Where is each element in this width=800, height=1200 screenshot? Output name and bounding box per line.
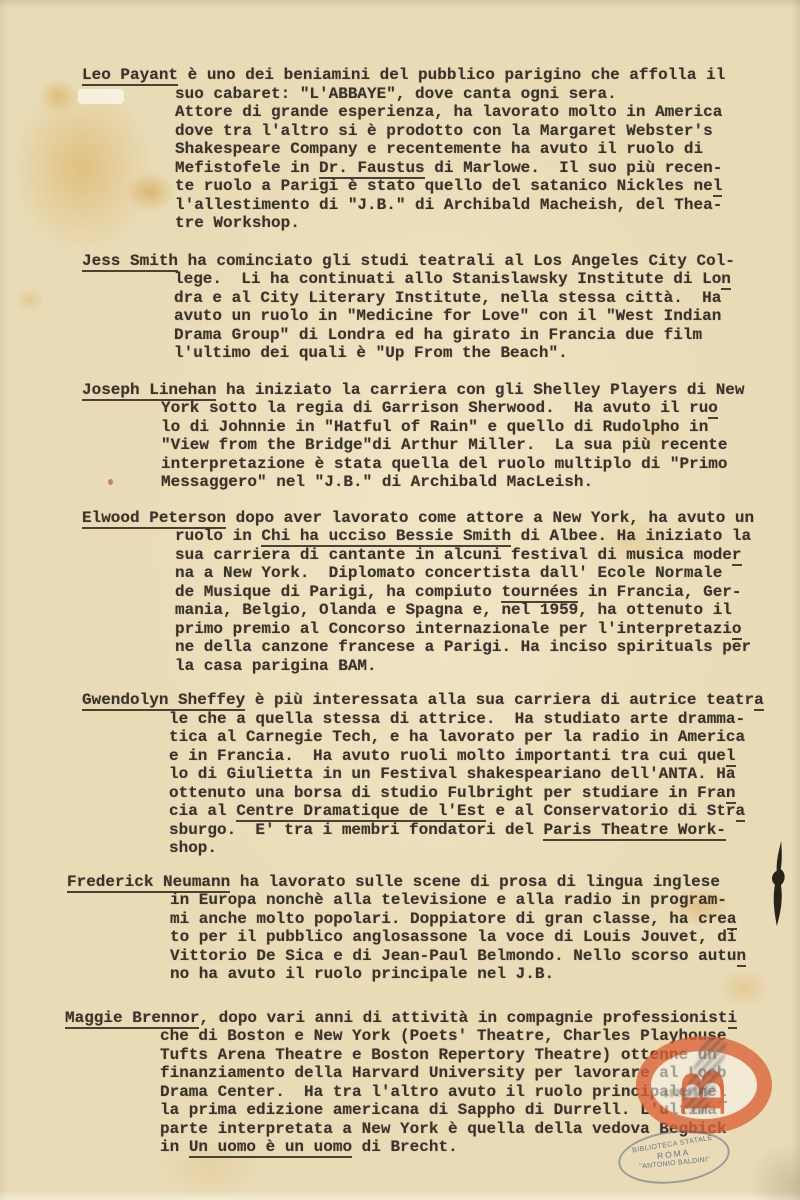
text-segment: ottenuto una borsa di studio Fulbright p… xyxy=(169,784,726,802)
text-line: Jess Smith ha cominciato gli studi teatr… xyxy=(82,252,788,271)
text-segment: l'ultimo dei quali è "Up From the Beach"… xyxy=(174,344,568,362)
text-line: che di Boston e New York (Poets' Theatre… xyxy=(65,1027,788,1046)
text-segment: che di Boston e New York (Poets' Theatre… xyxy=(160,1027,727,1045)
text-segment: e al Conservatorio di Str xyxy=(486,802,736,820)
document-page: Leo Payant è uno dei beniamini del pubbl… xyxy=(0,0,800,1200)
text-segment: la prima edizione americana di Sappho di… xyxy=(160,1101,717,1119)
underlined-text: a xyxy=(736,802,746,822)
text-segment: suo cabaret: "L'ABBAYE", dove canta ogni… xyxy=(175,85,617,103)
underlined-text: n xyxy=(737,947,747,967)
text-segment: dra e al City Literary Institute, nella … xyxy=(174,289,721,307)
text-segment: è uno dei beniamini del pubblico parigin… xyxy=(178,66,725,84)
text-line: York sotto la regia di Garrison Sherwood… xyxy=(82,399,788,418)
underlined-text: o xyxy=(732,620,742,640)
text-line: suo cabaret: "L'ABBAYE", dove canta ogni… xyxy=(82,85,788,104)
underlined-text: o xyxy=(708,399,718,419)
text-segment: in xyxy=(160,1138,189,1156)
underlined-text: r xyxy=(732,546,742,566)
text-segment: le che a quella stessa di attrice. Ha st… xyxy=(169,710,745,728)
text-line: e in Francia. Ha avuto ruoli molto impor… xyxy=(82,747,788,766)
text-line: Tufts Arena Theatre e Boston Repertory T… xyxy=(65,1046,788,1065)
text-line: l'allestimento di "J.B." di Archibald Ma… xyxy=(82,196,788,215)
text-line: cia al Centre Dramatique de l'Est e al C… xyxy=(82,802,788,821)
text-segment: Tufts Arena Theatre e Boston Repertory T… xyxy=(160,1046,717,1064)
text-line: Frederick Neumann ha lavorato sulle scen… xyxy=(67,873,788,892)
text-line: l'ultimo dei quali è "Up From the Beach"… xyxy=(82,344,788,363)
underlined-text: Frederick Neumann xyxy=(67,873,230,893)
text-segment: ha cominciato gli studi teatrali al Los … xyxy=(178,252,735,270)
text-segment: Vittorio De Sica e di Jean-Paul Belmondo… xyxy=(170,947,737,965)
text-segment: sburgo. E' tra i membri fondatori del xyxy=(169,821,543,839)
text-segment: Attore di grande esperienza, ha lavorato… xyxy=(175,103,722,121)
text-segment: mi anche molto popolari. Doppiatore di g… xyxy=(170,910,727,928)
underlined-text: a xyxy=(727,910,737,930)
text-segment: lo di Johnnie in "Hatful of Rain" e quel… xyxy=(161,418,708,436)
text-line: in Europa nonchè alla televisione e alla… xyxy=(67,891,788,910)
text-segment: na a New York. Diplomato concertista dal… xyxy=(175,564,722,582)
text-segment: ha lavorato sulle scene di prosa di ling… xyxy=(230,873,720,891)
text-line: la prima edizione americana di Sappho di… xyxy=(65,1101,788,1120)
text-line: no ha avuto il ruolo principale nel J.B. xyxy=(67,965,788,984)
text-line: to per il pubblico anglosassone la voce … xyxy=(67,928,788,947)
underlined-text: Paris Theatre Work- xyxy=(543,821,725,841)
text-segment: di Albee. Ha iniziato la xyxy=(511,527,751,545)
text-line: Joseph Linehan ha iniziato la carriera c… xyxy=(82,381,788,400)
text-segment: lege. Li ha continuati allo Stanislawsky… xyxy=(174,270,721,288)
text-line: interpretazione è stata quella del ruolo… xyxy=(82,455,788,474)
text-line: Vittorio De Sica e di Jean-Paul Belmondo… xyxy=(67,947,788,966)
underlined-text: l xyxy=(713,177,723,197)
library-stamp-line3: "ANTONIO BALDINI" xyxy=(621,1154,729,1172)
text-segment: to per il pubblico anglosassone la voce … xyxy=(170,928,737,946)
text-segment: Shakespeare Company e recentemente ha av… xyxy=(175,140,703,158)
text-line: mi anche molto popolari. Doppiatore di g… xyxy=(67,910,788,929)
text-segment: dove tra l'altro si è prodotto con la Ma… xyxy=(175,122,713,140)
text-line: Gwendolyn Sheffey è più interessata alla… xyxy=(82,691,788,710)
text-line: Messaggero" nel "J.B." di Archibald MacL… xyxy=(82,473,788,492)
bio-paragraph-elwood-peterson: Elwood Peterson dopo aver lavorato come … xyxy=(82,509,788,676)
underlined-text: Gwendolyn Sheffey xyxy=(82,691,245,711)
underlined-text: l xyxy=(717,1083,727,1103)
text-segment: Messaggero" nel "J.B." di Archibald MacL… xyxy=(161,473,593,491)
text-segment: ruolo in xyxy=(175,527,261,545)
underlined-text: l xyxy=(726,747,736,767)
text-line: primo premio al Concorso internazionale … xyxy=(82,620,788,639)
text-line: le che a quella stessa di attrice. Ha st… xyxy=(82,710,788,729)
text-segment: finanziamento della Harvard University p… xyxy=(160,1064,727,1082)
text-line: dove tra l'altro si è prodotto con la Ma… xyxy=(82,122,788,141)
text-segment: in Francia, Ger- xyxy=(578,583,741,601)
text-line: Mefistofele in Dr. Faustus di Marlowe. I… xyxy=(82,159,788,178)
text-segment: interpretazione è stata quella del ruolo… xyxy=(161,455,728,473)
text-line: in Un uomo è un uomo di Brecht. xyxy=(65,1138,788,1157)
text-line: dra e al City Literary Institute, nella … xyxy=(82,289,788,308)
text-segment: avuto un ruolo in "Medicine for Love" co… xyxy=(174,307,721,325)
underlined-text: Leo Payant xyxy=(82,66,178,86)
text-segment: la casa parigina BAM. xyxy=(175,657,377,675)
underlined-text: Joseph Linehan xyxy=(82,381,216,401)
underlined-text: Maggie Brennor xyxy=(65,1009,199,1029)
text-segment: , dopo vari anni di attività in compagni… xyxy=(199,1009,727,1027)
underlined-text: Un uomo è un uomo xyxy=(189,1138,352,1158)
typewritten-text: Leo Payant è uno dei beniamini del pubbl… xyxy=(82,66,788,1157)
text-line: ottenuto una borsa di studio Fulbright p… xyxy=(82,784,788,803)
text-line: shop. xyxy=(82,839,788,858)
text-line: sua carriera di cantante in alcuni festi… xyxy=(82,546,788,565)
text-line: sburgo. E' tra i membri fondatori del Pa… xyxy=(82,821,788,840)
text-segment: dopo aver lavorato come attore a New Yor… xyxy=(226,509,754,527)
underlined-text: a xyxy=(754,691,764,711)
text-line: Drama Center. Ha tra l'altro avuto il ru… xyxy=(65,1083,788,1102)
text-line: Attore di grande esperienza, ha lavorato… xyxy=(82,103,788,122)
bio-paragraph-frederick-neumann: Frederick Neumann ha lavorato sulle scen… xyxy=(67,873,788,984)
text-line: Shakespeare Company e recentemente ha av… xyxy=(82,140,788,159)
text-segment: lo di Giulietta in un Festival shakespea… xyxy=(169,765,736,783)
text-line: avuto un ruolo in "Medicine for Love" co… xyxy=(82,307,788,326)
bio-paragraph-gwendolyn-sheffey: Gwendolyn Sheffey è più interessata alla… xyxy=(82,691,788,858)
text-segment: shop. xyxy=(169,839,217,857)
text-line: de Musique di Parigi, ha compiuto tourné… xyxy=(82,583,788,602)
underlined-text: tournées xyxy=(501,583,578,603)
text-line: te ruolo a Parigi è stato quello del sat… xyxy=(82,177,788,196)
bio-paragraph-joseph-linehan: Joseph Linehan ha iniziato la carriera c… xyxy=(82,381,788,492)
text-segment: de Musique di Parigi, ha compiuto xyxy=(175,583,501,601)
underlined-text: Centre Dramatique de l'Est xyxy=(236,802,486,822)
underlined-text: Elwood Peterson xyxy=(82,509,226,529)
text-segment: di Marlowe. Il suo più recen- xyxy=(425,159,723,177)
text-segment: primo premio al Concorso internazionale … xyxy=(175,620,732,638)
bio-paragraph-maggie-brennor: Maggie Brennor, dopo vari anni di attivi… xyxy=(65,1009,788,1157)
text-line: finanziamento della Harvard University p… xyxy=(65,1064,788,1083)
text-segment: di Brecht. xyxy=(352,1138,458,1156)
text-segment: "View from the Bridge"di Arthur Miller. … xyxy=(161,436,728,454)
text-segment: ne della canzone francese a Parigi. Ha i… xyxy=(175,638,751,656)
text-line: ruolo in Chi ha ucciso Bessie Smith di A… xyxy=(82,527,788,546)
text-line: na a New York. Diplomato concertista dal… xyxy=(82,564,788,583)
text-segment: sua carriera di cantante in alcuni festi… xyxy=(175,546,732,564)
text-segment: Drama Group" di Londra ed ha girato in F… xyxy=(174,326,702,344)
underlined-text: Jess Smith xyxy=(82,252,178,272)
text-segment: te ruolo a Parigi è stato quello del sat… xyxy=(175,177,713,195)
underlined-text: i xyxy=(728,1009,738,1029)
bio-paragraph-leo-payant: Leo Payant è uno dei beniamini del pubbl… xyxy=(82,66,788,233)
text-line: "View from the Bridge"di Arthur Miller. … xyxy=(82,436,788,455)
text-line: lo di Johnnie in "Hatful of Rain" e quel… xyxy=(82,418,788,437)
text-segment: cia al xyxy=(169,802,236,820)
text-line: parte interpretata a New York è quella d… xyxy=(65,1120,788,1139)
text-segment: York sotto la regia di Garrison Sherwood… xyxy=(161,399,708,417)
text-segment: Drama Center. Ha tra l'altro avuto il ru… xyxy=(160,1083,717,1101)
text-segment: mania, Belgio, Olanda e Spagna e, nel 19… xyxy=(175,601,732,619)
text-segment: tre Workshop. xyxy=(175,214,300,232)
underlined-text: Dr. Faustus xyxy=(319,159,425,179)
text-segment: ha iniziato la carriera con gli Shelley … xyxy=(216,381,744,399)
text-segment: no ha avuto il ruolo principale nel J.B. xyxy=(170,965,554,983)
text-line: tica al Carnegie Tech, e ha lavorato per… xyxy=(82,728,788,747)
text-line: Maggie Brennor, dopo vari anni di attivi… xyxy=(65,1009,788,1028)
underlined-text: Chi ha ucciso Bessie Smith xyxy=(261,527,511,547)
text-segment: tica al Carnegie Tech, e ha lavorato per… xyxy=(169,728,745,746)
text-segment: l'allestimento di "J.B." di Archibald Ma… xyxy=(175,196,722,214)
text-line: lo di Giulietta in un Festival shakespea… xyxy=(82,765,788,784)
text-segment: è più interessata alla sua carriera di a… xyxy=(245,691,754,709)
text-line: lege. Li ha continuati allo Stanislawsky… xyxy=(82,270,788,289)
text-line: Leo Payant è uno dei beniamini del pubbl… xyxy=(82,66,788,85)
text-segment: Mefistofele in xyxy=(175,159,319,177)
text-line: mania, Belgio, Olanda e Spagna e, nel 19… xyxy=(82,601,788,620)
text-segment: parte interpretata a New York è quella d… xyxy=(160,1120,727,1138)
text-line: Elwood Peterson dopo aver lavorato come … xyxy=(82,509,788,528)
text-line: tre Workshop. xyxy=(82,214,788,233)
underlined-text: n xyxy=(721,270,731,290)
text-line: ne della canzone francese a Parigi. Ha i… xyxy=(82,638,788,657)
text-line: Drama Group" di Londra ed ha girato in F… xyxy=(82,326,788,345)
text-segment: in Europa nonchè alla televisione e alla… xyxy=(170,891,727,909)
bio-paragraph-jess-smith: Jess Smith ha cominciato gli studi teatr… xyxy=(82,252,788,363)
underlined-text: n xyxy=(726,784,736,804)
text-line: la casa parigina BAM. xyxy=(82,657,788,676)
text-segment: e in Francia. Ha avuto ruoli molto impor… xyxy=(169,747,726,765)
